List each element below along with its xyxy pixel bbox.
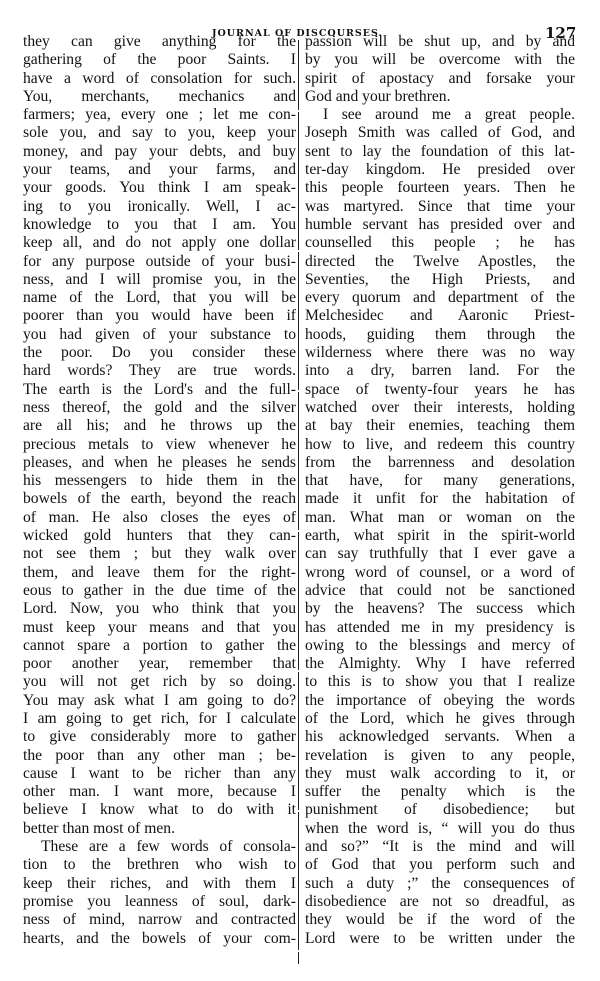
text-line: every quorum and department of the: [305, 289, 575, 307]
text-line: the poor than any other man ; be-: [23, 747, 296, 765]
text-line: tion to the brethren who wish to: [23, 856, 296, 874]
text-line: believe I know what to do with it: [23, 801, 296, 819]
text-line: spirit of apostacy and forsake your: [305, 70, 575, 88]
text-line: revelation is given to any people,: [305, 747, 575, 765]
text-line: passion will be shut up, and by and: [305, 33, 575, 51]
text-line: directed the Twelve Apostles, the: [305, 253, 575, 271]
text-line: ness thereof, the gold and the silver: [23, 399, 296, 417]
text-line: ness, and I will promise you, in the: [23, 271, 296, 289]
text-line: by you will be overcome with the: [305, 51, 575, 69]
text-line: into a dry, barren land. For the: [305, 362, 575, 380]
text-line: this people fourteen years. Then he: [305, 179, 575, 197]
text-line: you will not get rich by so doing.: [23, 673, 296, 691]
text-line: must keep your means and that you: [23, 619, 296, 637]
text-line: sent to lay the foundation of this lat-: [305, 143, 575, 161]
text-line: the poor. Do you consider these: [23, 344, 296, 362]
text-line: knowledge to you that I am. You: [23, 216, 296, 234]
text-line: cause I want to be richer than any: [23, 765, 296, 783]
text-line: to give considerably more to gather: [23, 728, 296, 746]
text-line: can say truthfully that I ever gave a: [305, 545, 575, 563]
text-line: your goods. You think I am speak-: [23, 179, 296, 197]
text-line: cannot spare a portion to gather the: [23, 637, 296, 655]
text-line: eous to gather in the due time of the: [23, 582, 296, 600]
text-line: they would be if the word of the: [305, 911, 575, 929]
text-line: earth, what spirit in the spirit-world: [305, 527, 575, 545]
text-line: You may ask what I am going to do?: [23, 692, 296, 710]
text-line: pleases, and when he pleases he sends: [23, 454, 296, 472]
text-line: his messengers to hide them in the: [23, 472, 296, 490]
text-line: of the Lord, which he gives through: [305, 710, 575, 728]
text-line: Lord. Now, you who think that you: [23, 600, 296, 618]
text-line: your teams, and your farms, and: [23, 161, 296, 179]
text-line: not see them ; but they walk over: [23, 545, 296, 563]
text-line: money, and pay your debts, and buy: [23, 143, 296, 161]
text-line: counselled this people ; he has: [305, 234, 575, 252]
text-line: poor another year, remember that: [23, 655, 296, 673]
text-line: keep their riches, and with them I: [23, 875, 296, 893]
text-line: wrong word of counsel, or a word of: [305, 564, 575, 582]
text-line: space of twenty-four years he has: [305, 381, 575, 399]
text-line: advice that could not be sanctioned: [305, 582, 575, 600]
text-line: they can give anything for the: [23, 33, 296, 51]
text-line: wilderness where there was no way: [305, 344, 575, 362]
text-line: Joseph Smith was called of God, and: [305, 124, 575, 142]
text-line: when the word is, “ will you do thus: [305, 820, 575, 838]
text-line: promise you leanness of soul, dark-: [23, 893, 296, 911]
text-line: of man. He also closes the eyes of: [23, 509, 296, 527]
text-line: the importance of obeying the words: [305, 692, 575, 710]
text-line: other man. I want more, because I: [23, 783, 296, 801]
text-line: has attended me in my presidency is: [305, 619, 575, 637]
text-line: I see around me a great people.: [305, 106, 575, 124]
text-line: better than most of men.: [23, 820, 296, 838]
text-line: hearts, and the bowels of your com-: [23, 930, 296, 948]
text-line: made it unfit for the habitation of: [305, 490, 575, 508]
column-divider: [298, 40, 299, 964]
text-line: keep all, and do not apply one dollar: [23, 234, 296, 252]
text-line: for any purpose outside of your busi-: [23, 253, 296, 271]
text-line: hard words? They are true words.: [23, 362, 296, 380]
text-line: I am going to get rich, for I calculate: [23, 710, 296, 728]
text-line: sole you, and say to you, keep your: [23, 124, 296, 142]
text-line: and so?” “It is the mind and will: [305, 838, 575, 856]
text-line: by the heavens? The success which: [305, 600, 575, 618]
text-line: at bay their enemies, teaching them: [305, 417, 575, 435]
text-line: hoods, guiding them through the: [305, 326, 575, 344]
text-line: These are a few words of consola-: [23, 838, 296, 856]
text-line: punishment of disobedience; but: [305, 801, 575, 819]
text-line: that have, for many generations,: [305, 472, 575, 490]
text-line: from the barrenness and desolation: [305, 454, 575, 472]
text-line: ing to you ironically. Well, I ac-: [23, 198, 296, 216]
text-line: watched over their interests, holding: [305, 399, 575, 417]
text-line: Melchesidec and Aaronic Priest-: [305, 307, 575, 325]
text-line: poorer than you would have been if: [23, 307, 296, 325]
text-line: farmers; yea, every one ; let me con-: [23, 106, 296, 124]
text-line: have a word of consolation for such.: [23, 70, 296, 88]
text-line: You, merchants, mechanics and: [23, 88, 296, 106]
text-line: to this is to show you that I realize: [305, 673, 575, 691]
text-line: humble servant has presided over and: [305, 216, 575, 234]
text-line: man. What man or woman on the: [305, 509, 575, 527]
text-line: them, and leave them for the right-: [23, 564, 296, 582]
text-line: ter-day kingdom. He presided over: [305, 161, 575, 179]
text-line: disobedience are not so dreadful, as: [305, 893, 575, 911]
text-line: ness of mind, narrow and contracted: [23, 911, 296, 929]
text-line: Seventies, the High Priests, and: [305, 271, 575, 289]
text-line: they must walk according to it, or: [305, 765, 575, 783]
text-line: The earth is the Lord's and the full-: [23, 381, 296, 399]
text-line: such a duty ;” the consequences of: [305, 875, 575, 893]
text-line: wicked gold hunters that they can-: [23, 527, 296, 545]
text-line: was martyred. Since that time your: [305, 198, 575, 216]
text-line: you had given of your substance to: [23, 326, 296, 344]
left-column: they can give anything for thegathering …: [23, 33, 296, 948]
text-line: how to live, and redeem this country: [305, 436, 575, 454]
text-line: Lord were to be written under the: [305, 930, 575, 948]
text-line: of God that you perform such and: [305, 856, 575, 874]
text-line: suffer the penalty which is the: [305, 783, 575, 801]
text-line: are all his; and he throws up the: [23, 417, 296, 435]
text-line: God and your brethren.: [305, 88, 575, 106]
text-line: gathering of the poor Saints. I: [23, 51, 296, 69]
text-line: name of the Lord, that you will be: [23, 289, 296, 307]
text-line: the Almighty. Why I have referred: [305, 655, 575, 673]
text-line: bowels of the earth, beyond the reach: [23, 490, 296, 508]
text-line: owing to the blessings and mercy of: [305, 637, 575, 655]
right-column: passion will be shut up, and by andby yo…: [305, 33, 575, 948]
text-line: precious metals to view whenever he: [23, 436, 296, 454]
text-line: his acknowledged servants. When a: [305, 728, 575, 746]
